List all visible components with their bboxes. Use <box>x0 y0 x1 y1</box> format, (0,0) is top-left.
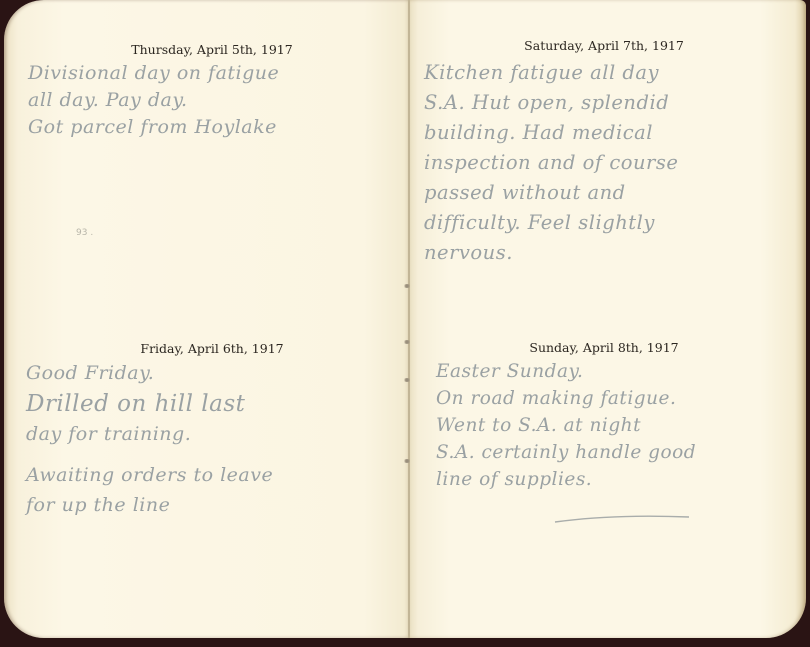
entry-line: all day. Pay day. <box>28 87 279 114</box>
right-page: Saturday, April 7th, 1917 Kitchen fatigu… <box>410 0 806 638</box>
entry-line: S.A. Hut open, splendid <box>424 88 678 118</box>
entry-line: nervous. <box>424 238 678 268</box>
entry-line: inspection and of course <box>424 148 678 178</box>
left-page: Thursday, April 5th, 1917 Divisional day… <box>4 0 408 638</box>
binding-stitch <box>403 459 411 463</box>
entry-line: for up the line <box>26 492 273 519</box>
diary-entry-thursday: Divisional day on fatigue all day. Pay d… <box>28 60 279 141</box>
entry-line: day for training. <box>26 421 273 448</box>
diary-entry-friday: Good Friday. Drilled on hill last day fo… <box>26 360 273 519</box>
entry-line: passed without and <box>424 178 678 208</box>
book-spine-gutter <box>408 0 410 638</box>
entry-line: Easter Sunday. <box>436 358 696 385</box>
diary-book: Thursday, April 5th, 1917 Divisional day… <box>0 0 810 647</box>
date-heading-friday: Friday, April 6th, 1917 <box>10 341 414 356</box>
entry-line: difficulty. Feel slightly <box>424 208 678 238</box>
entry-line: Kitchen fatigue all day <box>424 58 678 88</box>
diary-entry-sunday: Easter Sunday. On road making fatigue. W… <box>436 358 696 493</box>
pencil-underline-stroke <box>553 514 691 524</box>
entry-line: Awaiting orders to leave <box>26 458 273 492</box>
entry-line: Got parcel from Hoylake <box>28 114 279 141</box>
entry-line: S.A. certainly handle good <box>436 439 696 466</box>
entry-line: Drilled on hill last <box>26 387 273 421</box>
entry-line: Went to S.A. at night <box>436 412 696 439</box>
binding-stitch <box>403 340 411 344</box>
date-heading-thursday: Thursday, April 5th, 1917 <box>10 42 414 57</box>
date-heading-saturday: Saturday, April 7th, 1917 <box>406 38 802 53</box>
entry-line: building. Had medical <box>424 118 678 148</box>
entry-line: Good Friday. <box>26 360 273 387</box>
binding-stitch <box>403 378 411 382</box>
entry-line: On road making fatigue. <box>436 385 696 412</box>
binding-stitch <box>403 284 411 288</box>
date-heading-sunday: Sunday, April 8th, 1917 <box>406 340 802 355</box>
diary-entry-saturday: Kitchen fatigue all day S.A. Hut open, s… <box>424 58 678 268</box>
entry-line: Divisional day on fatigue <box>28 60 279 87</box>
entry-line: line of supplies. <box>436 466 696 493</box>
stray-pencil-mark: 93 . <box>76 228 93 238</box>
